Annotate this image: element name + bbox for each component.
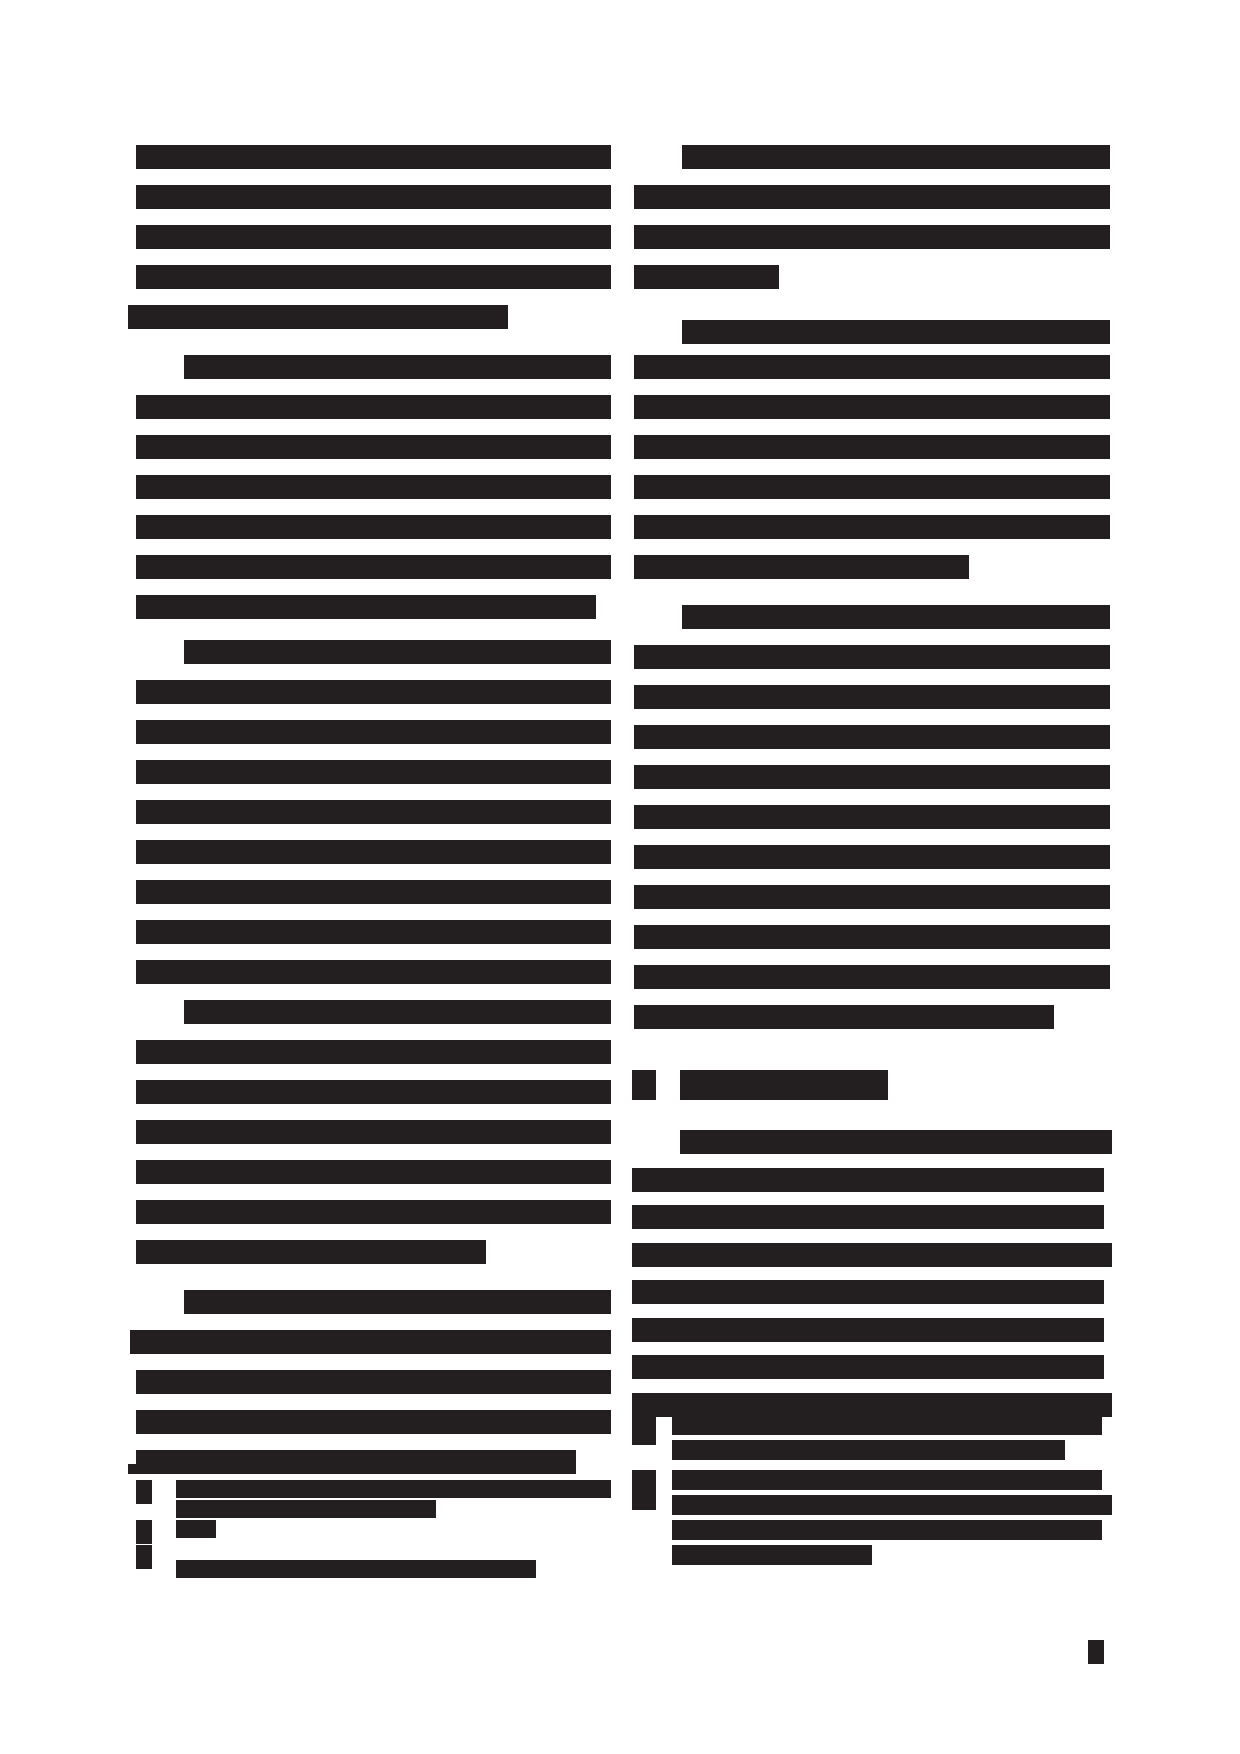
redacted-text-line xyxy=(634,765,1110,789)
redacted-text-line xyxy=(634,725,1110,749)
redacted-text-line xyxy=(136,1370,611,1394)
redacted-text-line xyxy=(634,685,1110,709)
redacted-text-line xyxy=(130,1330,611,1354)
redacted-text-line xyxy=(136,475,611,499)
redacted-text-line xyxy=(634,265,779,289)
redacted-text-line xyxy=(632,1205,1104,1229)
section-heading-title xyxy=(680,1070,888,1100)
redacted-text-line xyxy=(136,1160,611,1184)
footnote-text-line xyxy=(176,1560,536,1578)
list-item-marker xyxy=(632,1470,656,1510)
redacted-text-line xyxy=(136,1240,486,1264)
redacted-text-line xyxy=(184,1290,611,1314)
redacted-text-line xyxy=(136,920,611,944)
footnote-marker xyxy=(136,1480,152,1504)
redacted-text-line xyxy=(682,145,1110,169)
redacted-text-line xyxy=(136,1410,611,1434)
redacted-text-line xyxy=(136,720,611,744)
list-item-text-line xyxy=(672,1495,1112,1515)
redacted-text-line xyxy=(634,805,1110,829)
redacted-text-line xyxy=(634,395,1110,419)
list-item-text-line xyxy=(672,1440,1065,1460)
list-item-text-line xyxy=(672,1520,1102,1540)
redacted-text-line xyxy=(136,395,611,419)
redacted-text-line xyxy=(634,1005,1054,1029)
redacted-text-line xyxy=(680,1130,1112,1154)
redacted-text-line xyxy=(128,305,508,329)
redacted-text-line xyxy=(634,555,969,579)
redacted-text-line xyxy=(632,1280,1104,1304)
page-number xyxy=(1088,1640,1104,1664)
redacted-text-line xyxy=(136,435,611,459)
redacted-text-line xyxy=(136,680,611,704)
footnote-marker xyxy=(136,1545,152,1569)
redacted-text-line xyxy=(184,355,611,379)
section-heading-number xyxy=(632,1070,656,1100)
redacted-text-line xyxy=(682,320,1110,344)
redacted-text-line xyxy=(634,925,1110,949)
redacted-text-line xyxy=(136,185,611,209)
footnote-text-line xyxy=(176,1520,216,1538)
redacted-text-line xyxy=(634,435,1110,459)
list-item-text-line xyxy=(672,1545,872,1565)
redacted-text-line xyxy=(634,645,1110,669)
redacted-text-line xyxy=(632,1168,1104,1192)
redacted-text-line xyxy=(136,760,611,784)
redacted-text-line xyxy=(634,355,1110,379)
redacted-text-line xyxy=(634,965,1110,989)
redacted-text-line xyxy=(136,145,611,169)
redacted-text-line xyxy=(136,1040,611,1064)
redacted-text-line xyxy=(184,1000,611,1024)
redacted-text-line xyxy=(136,1120,611,1144)
list-item-text-line xyxy=(672,1415,1102,1435)
footnote-rule xyxy=(128,1464,288,1474)
footnote-text-line xyxy=(176,1480,611,1498)
footnote-marker xyxy=(136,1520,152,1544)
redacted-text-line xyxy=(632,1355,1104,1379)
redacted-text-line xyxy=(634,885,1110,909)
redacted-text-line xyxy=(682,605,1110,629)
redacted-text-line xyxy=(136,800,611,824)
redacted-text-line xyxy=(634,225,1110,249)
redacted-text-line xyxy=(136,225,611,249)
redacted-text-line xyxy=(634,515,1110,539)
redacted-text-line xyxy=(136,555,611,579)
redacted-text-line xyxy=(136,595,596,619)
redacted-text-line xyxy=(136,515,611,539)
list-item-marker xyxy=(632,1415,656,1445)
redacted-text-line xyxy=(184,640,611,664)
list-item-text-line xyxy=(672,1470,1102,1490)
redacted-text-line xyxy=(136,880,611,904)
redacted-text-line xyxy=(136,840,611,864)
redacted-text-line xyxy=(632,1243,1112,1267)
redacted-text-line xyxy=(634,845,1110,869)
redacted-text-line xyxy=(634,185,1110,209)
redacted-text-line xyxy=(136,1080,611,1104)
redacted-text-line xyxy=(632,1393,1112,1417)
redacted-text-line xyxy=(632,1318,1104,1342)
redacted-text-line xyxy=(136,265,611,289)
redacted-text-line xyxy=(634,475,1110,499)
footnote-text-line xyxy=(176,1500,436,1518)
redacted-text-line xyxy=(136,960,611,984)
redacted-text-line xyxy=(136,1200,611,1224)
